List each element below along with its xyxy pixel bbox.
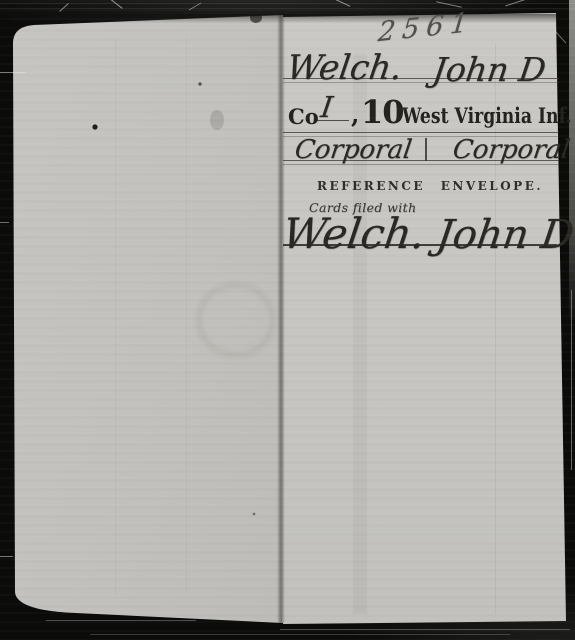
soldier-given-name-bottom: John D bbox=[434, 212, 575, 258]
scratch-mark bbox=[0, 3, 575, 4]
regiment-name: West Virginia Inf. bbox=[402, 103, 571, 128]
scratch-mark bbox=[90, 634, 510, 635]
unit-line: Co I , 10 West Virginia Inf. bbox=[288, 98, 556, 134]
scan-band bbox=[353, 54, 367, 614]
company-label: Co bbox=[288, 104, 319, 129]
scratch-mark bbox=[0, 556, 13, 557]
reference-envelope: 2561 Welch. John D Co I , 10 West Virgin… bbox=[283, 14, 559, 626]
scratch-mark bbox=[46, 620, 196, 621]
soldier-given-name-top: John D bbox=[430, 50, 548, 89]
seam-top-notch bbox=[250, 13, 262, 23]
reference-envelope-title: REFERENCE ENVELOPE. bbox=[301, 179, 559, 193]
smudge bbox=[210, 110, 224, 130]
fold-line bbox=[115, 40, 116, 595]
soldier-surname-top: Welch. bbox=[284, 48, 405, 88]
scratch-mark bbox=[571, 290, 572, 470]
scanned-record-page: 2561 Welch. John D Co I , 10 West Virgin… bbox=[0, 0, 575, 640]
rank-line: Corporal Corporal bbox=[283, 134, 559, 170]
right-edge-strip bbox=[569, 0, 575, 320]
rank-divider bbox=[425, 138, 427, 161]
ink-dot-small bbox=[198, 82, 201, 85]
scratch-mark bbox=[0, 72, 26, 73]
fold-line bbox=[186, 35, 187, 595]
regiment-number: 10 bbox=[361, 93, 404, 131]
scratch-mark bbox=[0, 222, 9, 223]
water-ring-stain bbox=[196, 282, 276, 358]
rank-right: Corporal bbox=[451, 135, 572, 165]
scratch-mark bbox=[280, 629, 570, 630]
fold-line bbox=[495, 44, 496, 614]
speck bbox=[253, 513, 256, 516]
ink-dot bbox=[92, 124, 97, 129]
company-letter: I bbox=[319, 90, 335, 124]
scratch-mark bbox=[0, 8, 575, 9]
